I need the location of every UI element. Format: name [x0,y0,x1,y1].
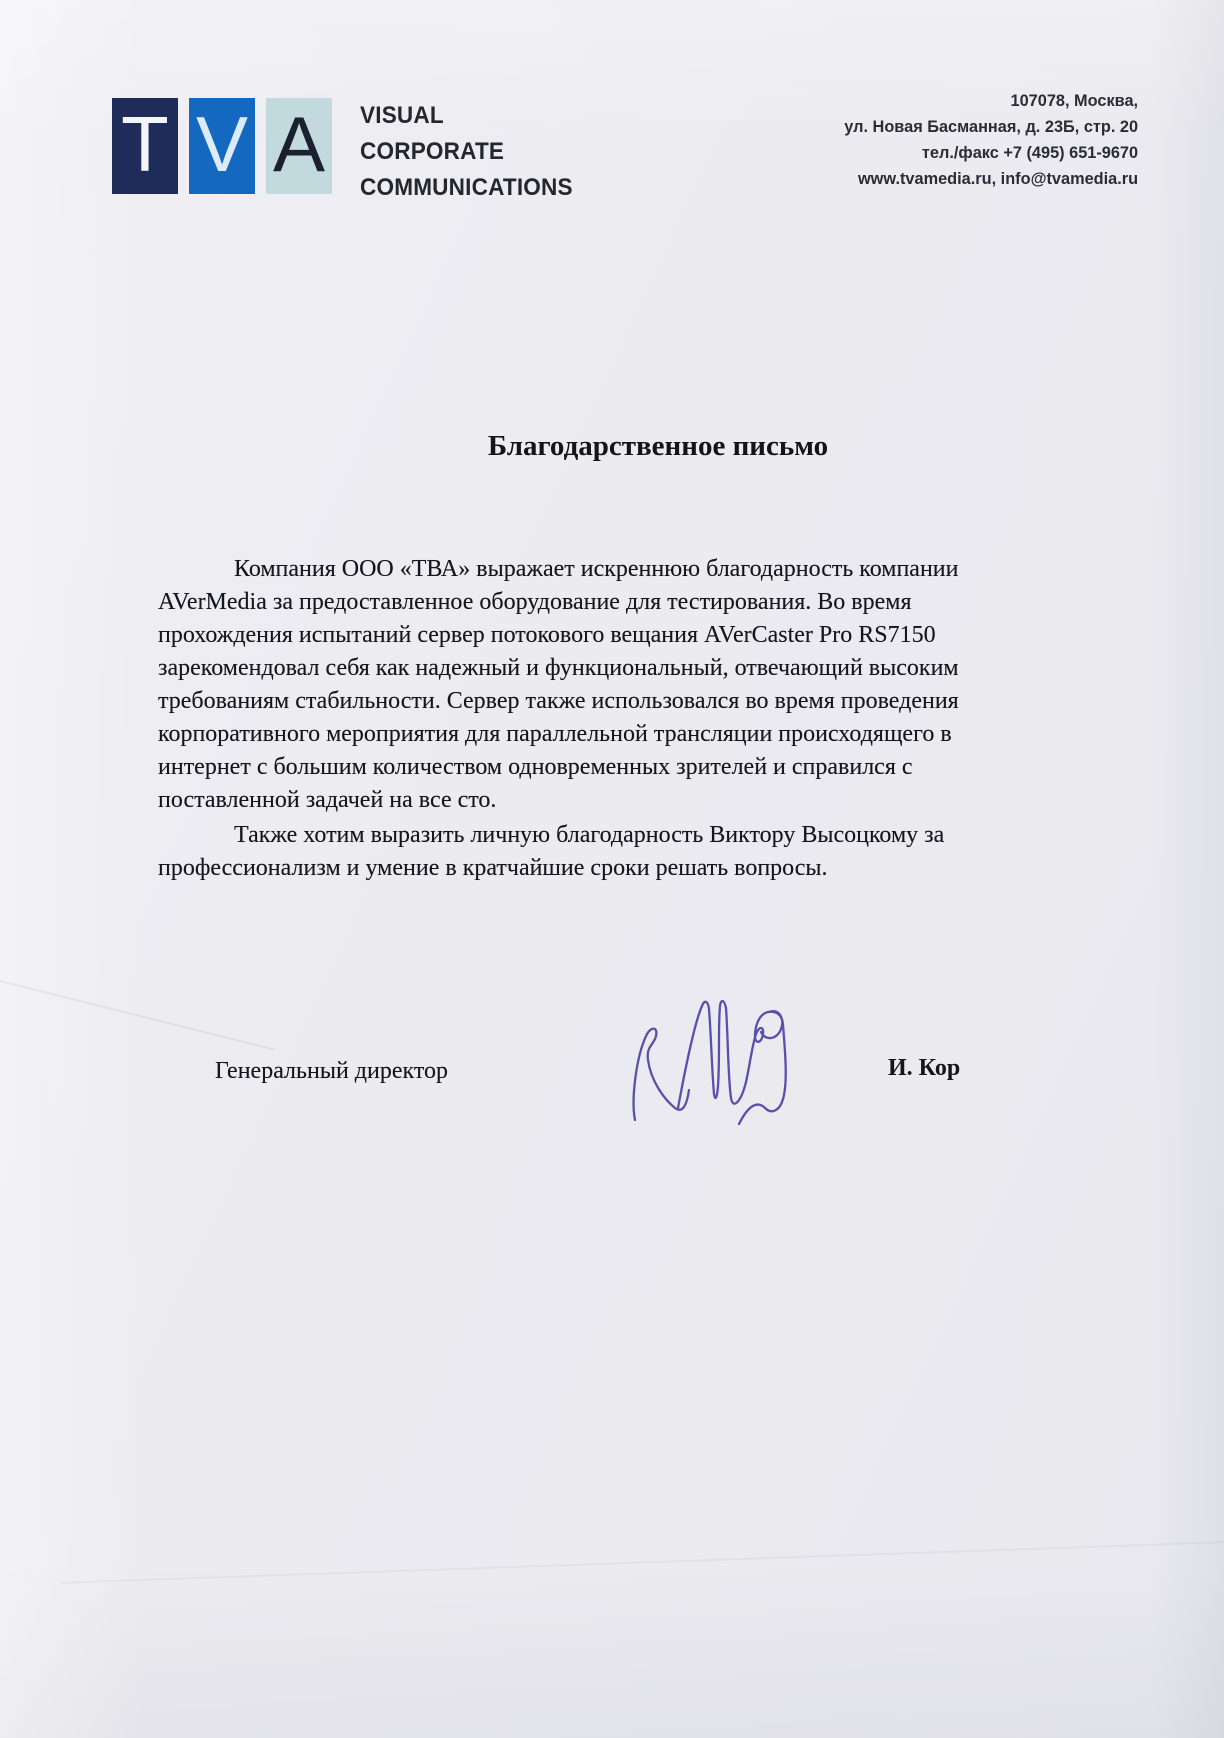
contact-block: 107078, Москва, ул. Новая Басманная, д. … [844,88,1138,192]
letter-title: Благодарственное письмо [488,430,828,463]
handwritten-signature [628,988,800,1136]
wordmark-line-2: CORPORATE [360,134,573,170]
logo-letter-v: V [196,105,248,183]
wordmark-line-1: VISUAL [360,98,573,134]
contact-street-address: ул. Новая Басманная, д. 23Б, стр. 20 [844,114,1138,140]
logo-wordmark: VISUAL CORPORATE COMMUNICATIONS [360,98,573,206]
wordmark-line-3: COMMUNICATIONS [360,170,573,206]
logo-square-t: T [112,98,178,194]
logo-square-v: V [189,98,255,194]
letter-paragraph-2: Также хотим выразить личную благодарност… [158,819,1026,885]
signer-name: И. Кор [888,1055,960,1082]
logo-square-a: A [266,98,332,194]
scanned-letter-page: T V A VISUAL CORPORATE COMMUNICATIONS 10… [0,0,1224,1738]
logo-letter-a: A [273,105,325,183]
letter-paragraph-1: Компания ООО «ТВА» выражает искреннюю бл… [158,553,1026,817]
contact-postcode-city: 107078, Москва, [844,88,1138,114]
tva-logo: T V A [112,98,332,194]
signer-position-title: Генеральный директор [215,1058,448,1085]
contact-phone-fax: тел./факс +7 (495) 651-9670 [844,140,1138,166]
logo-letter-t: T [121,105,169,183]
contact-web-email: www.tvamedia.ru, info@tvamedia.ru [844,166,1138,192]
